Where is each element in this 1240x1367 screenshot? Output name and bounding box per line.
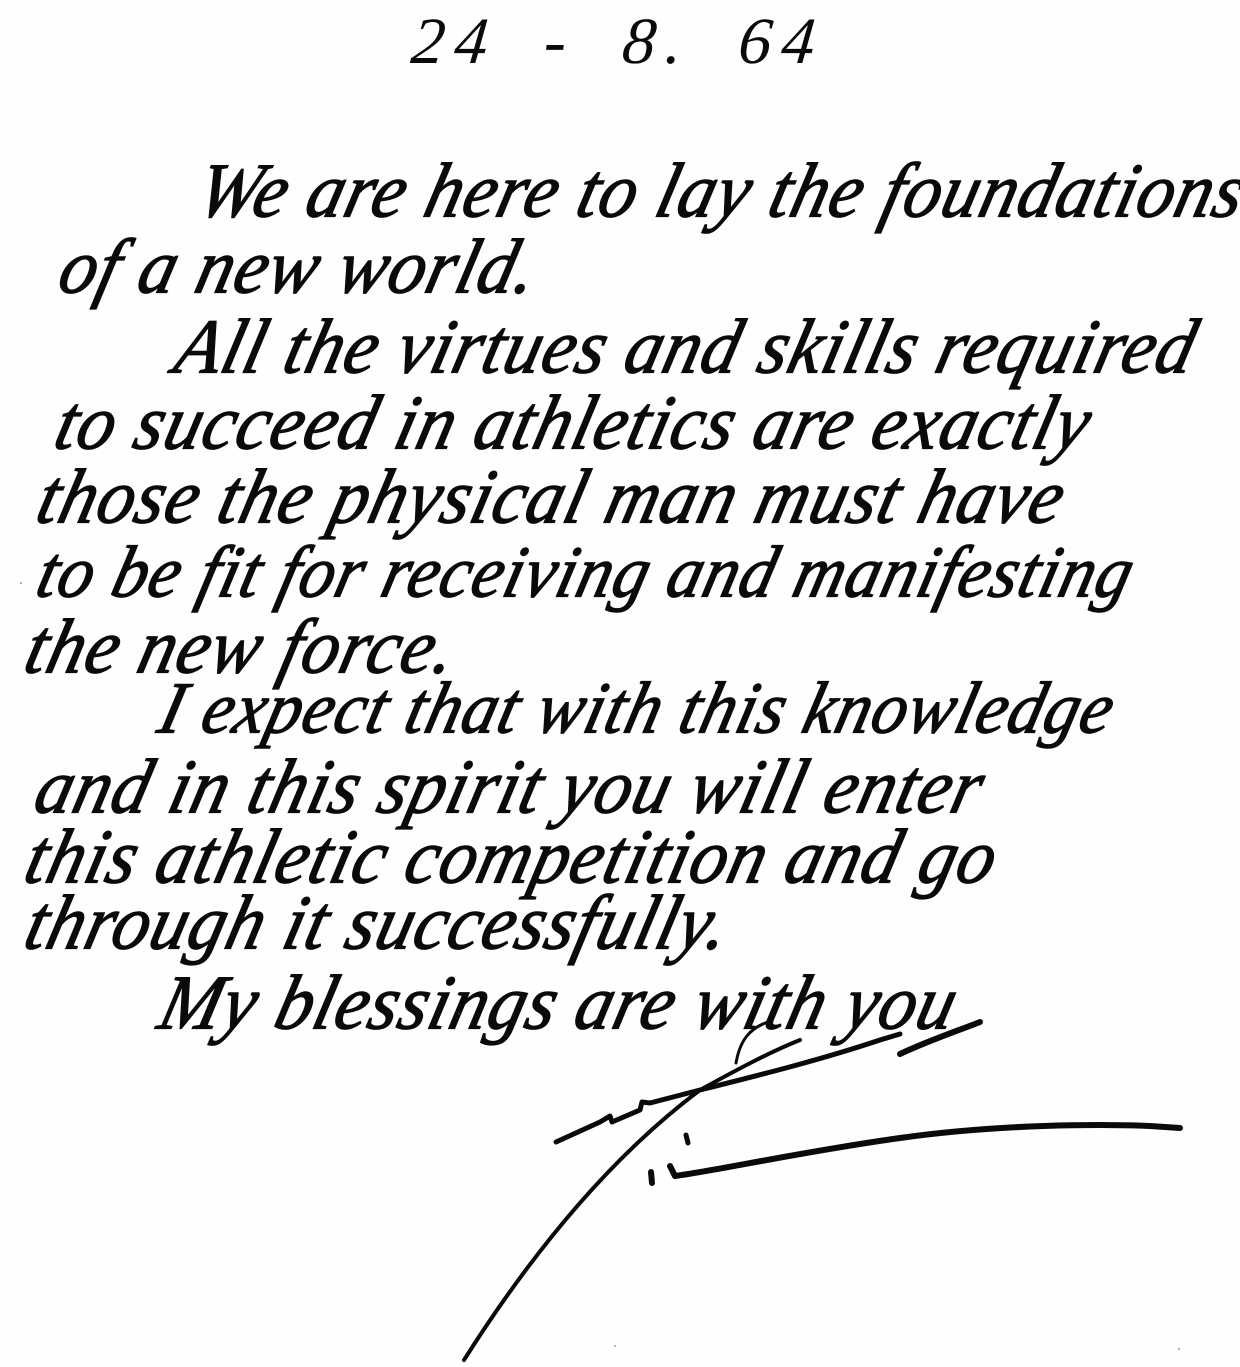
letter-line: through it successfully. (18, 884, 739, 962)
letter-line: of a new world. (52, 228, 547, 306)
handwritten-letter-page: 24 - 8. 64 We are here to lay the founda… (0, 0, 1240, 1367)
paper-speck (458, 1013, 460, 1015)
letter-line: I expect that with this knowledge (152, 673, 1123, 747)
letter-line: My blessings are with you (152, 964, 966, 1042)
letter-line: those the physical man must have (30, 458, 1074, 536)
letter-line: to succeed in athletics are exactly (48, 384, 1100, 462)
paper-speck (1178, 1348, 1180, 1350)
letter-line: All the virtues and skills required (168, 308, 1205, 386)
letter-date: 24 - 8. 64 (408, 4, 829, 80)
paper-speck (20, 582, 22, 584)
letter-line: to be fit for receiving and manifesting (30, 537, 1142, 611)
paper-speck (614, 1345, 616, 1347)
letter-line: We are here to lay the foundations (190, 152, 1240, 230)
